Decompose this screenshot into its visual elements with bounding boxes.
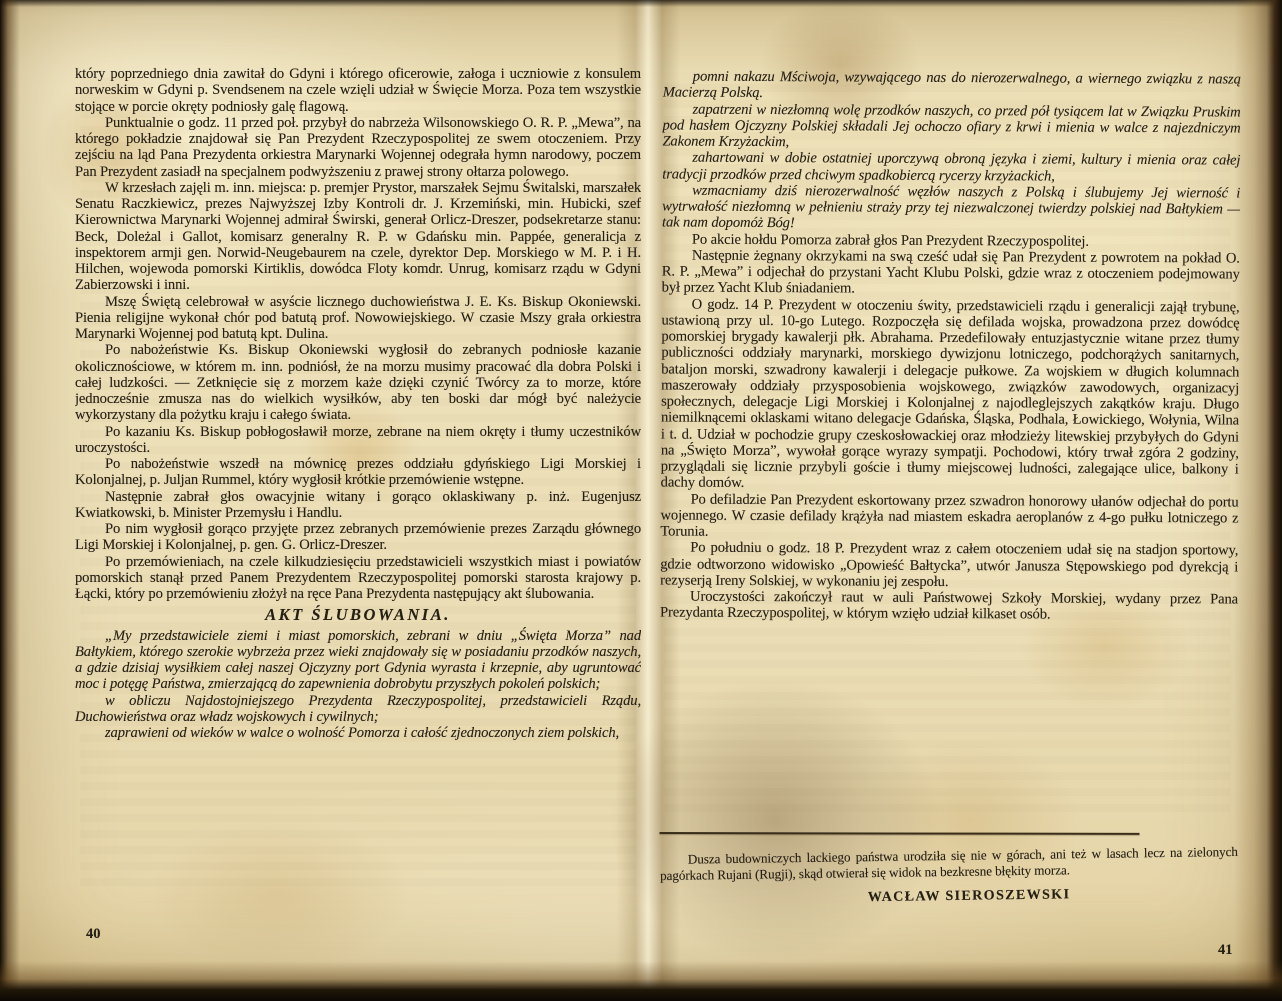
right-page-text-block: pomni nakazu Mściwoja, wzywającego nas d… <box>659 68 1241 773</box>
scan-edge-top <box>0 0 1282 7</box>
paragraph: O godz. 14 P. Prezydent w otoczeniu świt… <box>661 296 1240 494</box>
footer-divider-line <box>660 832 1140 835</box>
paragraph: Po nim wygłosił gorąco przyjęte przez ze… <box>75 521 641 554</box>
paragraph: Po defiladzie Pan Prezydent eskortowany … <box>660 491 1238 543</box>
paragraph: Uroczystości zakończył raut w auli Państ… <box>660 588 1238 624</box>
paragraph: który poprzedniego dnia zawitał do Gdyni… <box>75 66 641 115</box>
oath-paragraph: wzmacniamy dziś nierozerwalność węzłów n… <box>662 182 1240 234</box>
oath-heading: AKT ŚLUBOWANIA. <box>75 607 641 623</box>
paragraph: Po nabożeństwie wszedł na mównicę prezes… <box>75 456 641 489</box>
paragraph: Następnie żegnany okrzykami na swą cześć… <box>662 247 1240 299</box>
right-page-footer: Dusza budowniczych lackiego państwa urod… <box>659 824 1238 909</box>
scan-edge-bottom <box>0 961 1282 1001</box>
paragraph: Punktualnie o godz. 11 przed poł. przyby… <box>75 115 641 180</box>
left-page-text-block: który poprzedniego dnia zawitał do Gdyni… <box>75 66 641 908</box>
paragraph: Po przemówieniach, na czele kilkudziesię… <box>75 554 641 603</box>
oath-paragraph: zahartowani w dobie ostatniej uporczywą … <box>662 150 1240 186</box>
oath-paragraph: pomni nakazu Mściwoja, wzywającego nas d… <box>663 68 1241 104</box>
scan-edge-right <box>1234 0 1282 1001</box>
paragraph: Po nabożeństwie Ks. Biskup Okoniewski wy… <box>75 342 641 423</box>
oath-paragraph: zaprawieni od wieków w walce o wolność P… <box>75 725 641 741</box>
scanned-book-spread: który poprzedniego dnia zawitał do Gdyni… <box>0 0 1282 1001</box>
oath-paragraph: „My przedstawiciele ziemi i miast pomors… <box>75 628 641 693</box>
paragraph: W krzesłach zajęli m. inn. miejsca: p. p… <box>75 180 641 294</box>
oath-paragraph: zapatrzeni w niezłomną wolę przodków nas… <box>662 101 1240 153</box>
page-number-left: 40 <box>86 926 101 943</box>
paragraph: Po kazaniu Ks. Biskup pobłogosławił morz… <box>75 424 641 457</box>
footer-quote: Dusza budowniczych lackiego państwa urod… <box>660 844 1238 883</box>
oath-paragraph: w obliczu Najdostojniejszego Prezydenta … <box>75 693 641 726</box>
scan-edge-left <box>0 0 20 1001</box>
paragraph: Po południu o godz. 18 P. Prezydent wraz… <box>660 540 1238 592</box>
paragraph: Następnie zabrał głos owacyjnie witany i… <box>75 489 641 522</box>
page-number-right: 41 <box>1218 942 1233 959</box>
paragraph: Mszę Świętą celebrował w asyście liczneg… <box>75 294 641 343</box>
